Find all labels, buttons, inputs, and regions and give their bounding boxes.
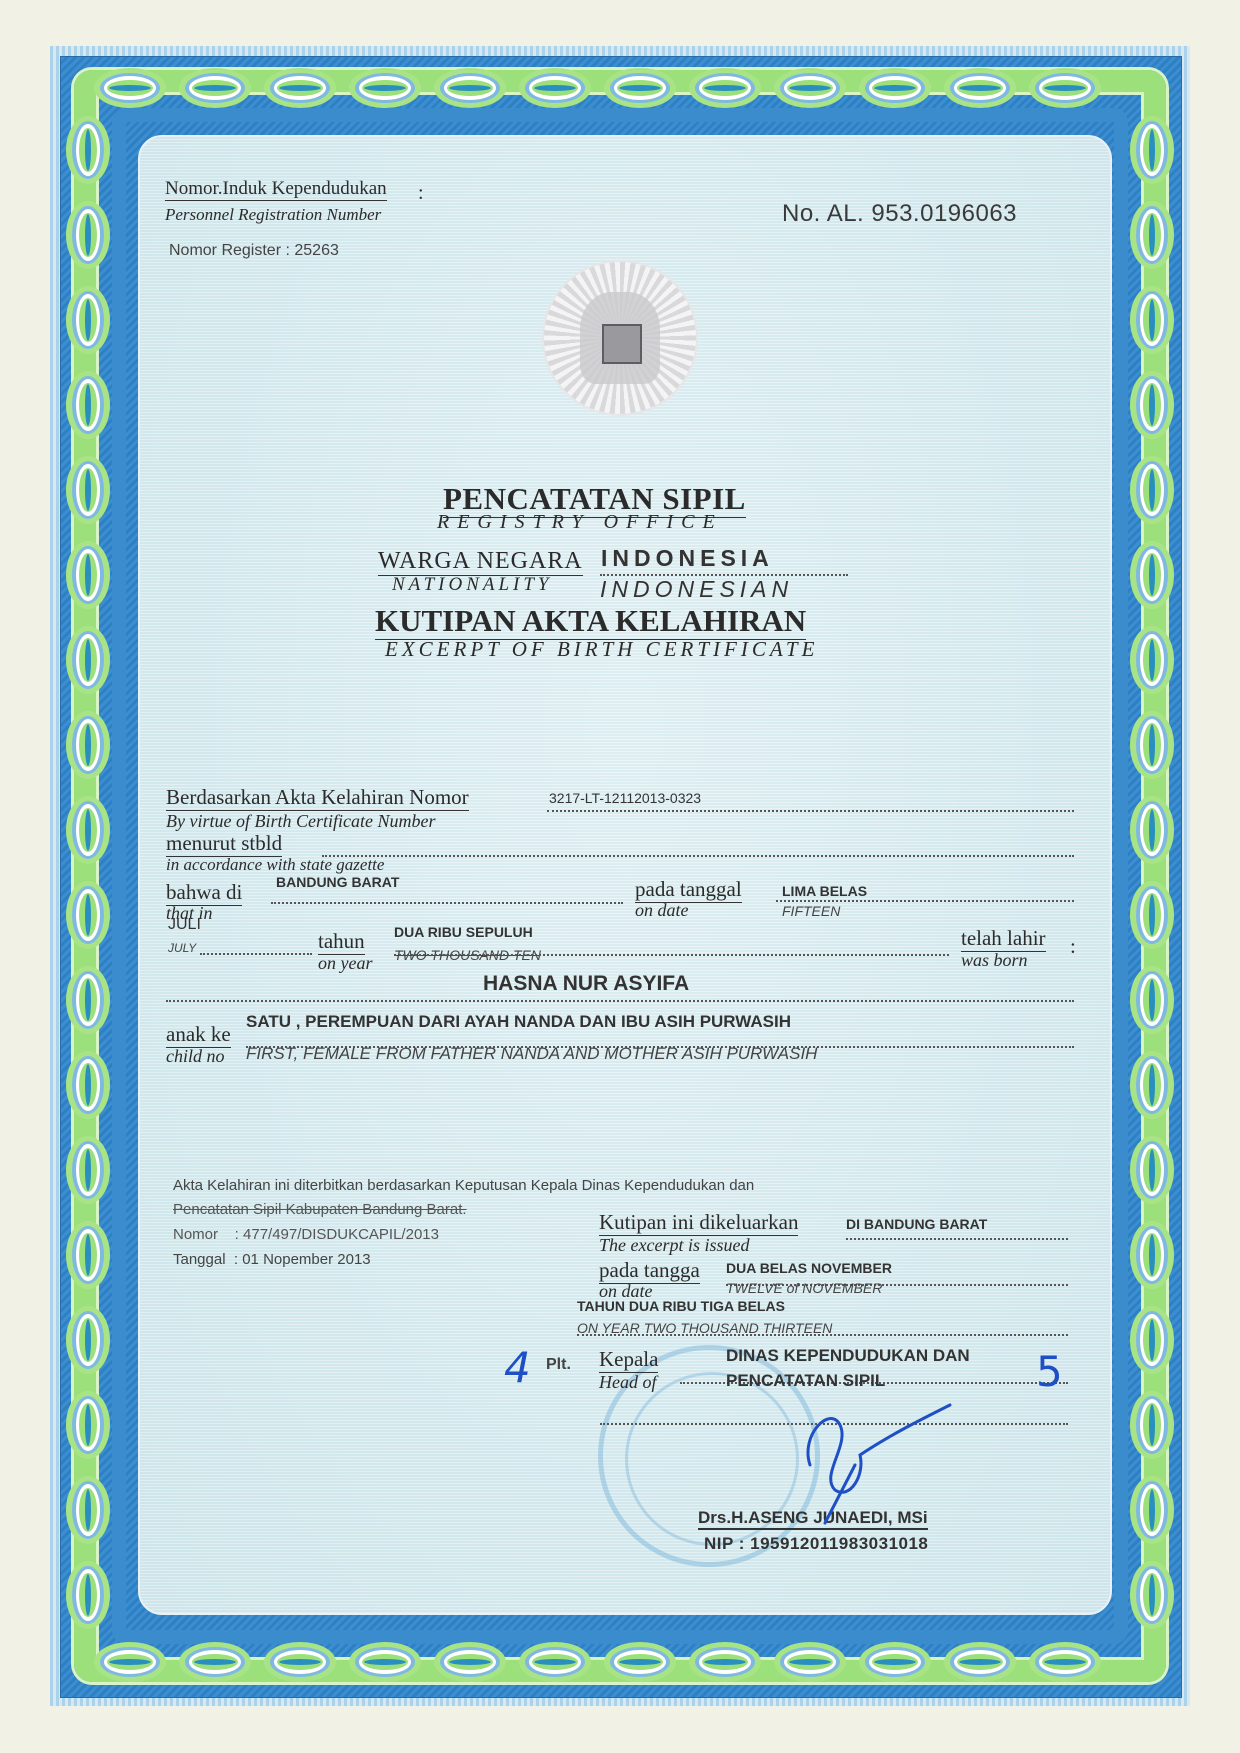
born-label: telah lahir bbox=[961, 926, 1046, 952]
decree-date: Tanggal : 01 Nopember 2013 bbox=[173, 1251, 371, 1268]
place-dotted-line bbox=[271, 902, 623, 904]
year-label: tahun bbox=[318, 929, 365, 955]
month-dotted-line bbox=[200, 953, 312, 955]
cert-number-label-en: By virtue of Birth Certificate Number bbox=[166, 811, 435, 832]
child-no-value-en: FIRST, FEMALE FROM FATHER NANDA AND MOTH… bbox=[246, 1044, 817, 1064]
date-label-en: on date bbox=[635, 900, 689, 921]
stbld-label: menurut stbld bbox=[166, 831, 282, 857]
issued-label-en: The excerpt is issued bbox=[599, 1235, 749, 1256]
decree-line-2: Pencatatan Sipil Kabupaten Bandung Barat… bbox=[173, 1201, 467, 1218]
child-no-label-en: child no bbox=[166, 1046, 225, 1067]
child-name-dotted-line bbox=[166, 1000, 1074, 1002]
signature-icon bbox=[780, 1395, 960, 1525]
date-dotted-line bbox=[776, 900, 1074, 902]
year-dotted-line bbox=[394, 954, 949, 956]
issue-year-value-en: ON YEAR TWO THOUSAND THIRTEEN bbox=[577, 1320, 832, 1336]
document-title-en: EXCERPT OF BIRTH CERTIFICATE bbox=[385, 637, 818, 662]
head-value-line-1: DINAS KEPENDUDUKAN DAN bbox=[726, 1346, 970, 1366]
born-colon: : bbox=[1070, 934, 1076, 959]
nik-colon: : bbox=[418, 182, 424, 205]
official-nip: NIP : 195912011983031018 bbox=[704, 1534, 928, 1554]
handwritten-number-right: 5 bbox=[1036, 1347, 1063, 1396]
issued-value: DI BANDUNG BARAT bbox=[846, 1216, 987, 1232]
place-value: BANDUNG BARAT bbox=[276, 874, 399, 890]
date-value-en: FIFTEEN bbox=[782, 903, 840, 919]
head-label-en: Head of bbox=[599, 1372, 657, 1393]
month-value-en: JULY bbox=[168, 941, 196, 955]
issue-date-value-en: TWELVE of NOVEMBER bbox=[726, 1280, 882, 1296]
nik-label-en: Personnel Registration Number bbox=[165, 205, 381, 225]
nationality-label: WARGA NEGARA bbox=[378, 548, 583, 576]
office-title-en: REGISTRY OFFICE bbox=[437, 511, 723, 534]
head-label: Kepala bbox=[599, 1347, 658, 1373]
year-label-en: on year bbox=[318, 953, 372, 974]
date-value: LIMA BELAS bbox=[782, 883, 867, 899]
stbld-dotted-line bbox=[322, 855, 1074, 857]
child-no-label: anak ke bbox=[166, 1022, 231, 1048]
decree-line-1: Akta Kelahiran ini diterbitkan berdasark… bbox=[173, 1177, 754, 1194]
handwritten-number-left: 4 bbox=[504, 1343, 531, 1392]
garuda-emblem-icon bbox=[544, 262, 696, 414]
cert-number-value: 3217-LT-12112013-0323 bbox=[549, 790, 701, 806]
document-title: KUTIPAN AKTA KELAHIRAN bbox=[375, 603, 806, 640]
head-value-line-2: PENCATATAN SIPIL bbox=[726, 1371, 885, 1391]
nik-label: Nomor.Induk Kependudukan bbox=[165, 178, 387, 201]
decree-number: Nomor : 477/497/DISDUKCAPIL/2013 bbox=[173, 1226, 439, 1243]
issue-year-value: TAHUN DUA RIBU TIGA BELAS bbox=[577, 1298, 785, 1314]
shield-icon bbox=[602, 324, 642, 364]
issued-label: Kutipan ini dikeluarkan bbox=[599, 1210, 798, 1236]
nationality-value-en: INDONESIAN bbox=[600, 576, 793, 603]
cert-number-dotted-line bbox=[547, 810, 1074, 812]
stbld-label-en: in accordance with state gazette bbox=[166, 855, 384, 875]
child-no-value: SATU , PEREMPUAN DARI AYAH NANDA DAN IBU… bbox=[246, 1012, 791, 1032]
issue-date-value: DUA BELAS NOVEMBER bbox=[726, 1260, 892, 1276]
born-label-en: was born bbox=[961, 950, 1028, 971]
nationality-value: INDONESIA bbox=[601, 545, 774, 572]
year-value: DUA RIBU SEPULUH bbox=[394, 924, 533, 940]
nationality-label-en: NATIONALITY bbox=[392, 574, 553, 596]
month-value: JULI bbox=[168, 916, 201, 934]
issued-dotted-line bbox=[846, 1238, 1068, 1240]
register-number: Nomor Register : 25263 bbox=[169, 242, 339, 260]
serial-number: No. AL. 953.0196063 bbox=[782, 200, 1017, 228]
cert-number-label: Berdasarkan Akta Kelahiran Nomor bbox=[166, 785, 469, 811]
child-name: HASNA NUR ASYIFA bbox=[483, 972, 689, 996]
plt-label: Plt. bbox=[546, 1356, 571, 1374]
